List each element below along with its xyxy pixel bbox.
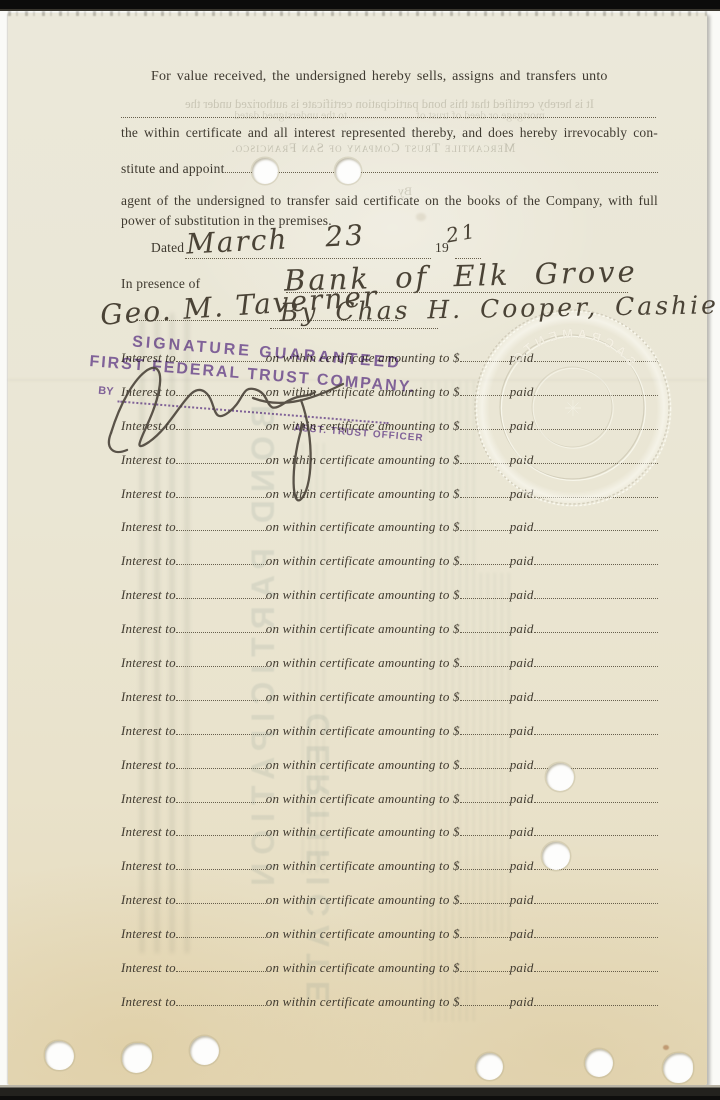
- scanner-band-bottom: [0, 1085, 720, 1100]
- faint-stain: [416, 213, 426, 221]
- punch-hole: [546, 763, 574, 791]
- interest-row: Interest toon within certificate amounti…: [121, 960, 658, 976]
- constitute-appoint-label: stitute and appoint: [121, 161, 225, 177]
- paid-date-blank: [534, 519, 658, 531]
- punch-hole: [335, 158, 361, 184]
- paid-label: paid: [510, 791, 534, 807]
- interest-row: Interest toon within certificate amounti…: [121, 757, 658, 773]
- seal-arc-text-group: SACRAMENTO ✳: [507, 326, 640, 421]
- interest-row: Interest toon within certificate amounti…: [121, 791, 658, 807]
- paid-label: paid: [510, 757, 534, 773]
- punch-hole: [252, 158, 278, 184]
- ghost-smalltext-column-2: [480, 573, 510, 933]
- paid-date-blank: [534, 553, 658, 565]
- interest-row: Interest toon within certificate amounti…: [121, 723, 658, 739]
- interest-row: Interest toon within certificate amounti…: [121, 587, 658, 603]
- paid-date-blank: [534, 689, 658, 701]
- paid-date-blank: [534, 824, 658, 836]
- ghost-smalltext-column-1: [424, 381, 476, 1021]
- assignee-name-rule: [121, 117, 656, 118]
- paid-label: paid: [510, 824, 534, 840]
- interest-row: Interest toon within certificate amounti…: [121, 994, 658, 1010]
- paid-label: paid: [510, 858, 534, 874]
- paid-date-blank: [534, 994, 658, 1006]
- interest-row: Interest toon within certificate amounti…: [121, 824, 658, 840]
- punch-hole: [45, 1041, 74, 1070]
- paid-label: paid: [510, 587, 534, 603]
- paid-label: paid: [510, 655, 534, 671]
- punch-hole: [122, 1043, 152, 1073]
- trust-officer-signature-flourish: [103, 338, 353, 508]
- paid-date-blank: [534, 791, 658, 803]
- svg-text:✳: ✳: [564, 396, 582, 421]
- assignment-para1: For value received, the undersigned here…: [151, 69, 608, 85]
- paid-date-blank: [534, 960, 658, 972]
- rust-stain: [663, 1045, 669, 1050]
- svg-text:SACRAMENTO: SACRAMENTO: [507, 326, 640, 369]
- constitute-appoint-line: stitute and appoint: [121, 161, 658, 177]
- interest-row: Interest toon within certificate amounti…: [121, 519, 658, 535]
- seal-rings: SACRAMENTO ✳: [471, 306, 675, 510]
- in-presence-of-label: In presence of: [121, 276, 200, 292]
- paid-date-blank: [534, 926, 658, 938]
- interest-to-label: Interest to: [121, 960, 176, 976]
- assignee-rule-2: [270, 328, 438, 329]
- paid-label: paid: [510, 926, 534, 942]
- paid-label: paid: [510, 723, 534, 739]
- ghost-offset-company-line: Mercantile Trust Company of San Francisc…: [158, 140, 588, 156]
- dated-label: Dated: [151, 240, 184, 256]
- seal-arc-text: SACRAMENTO: [507, 326, 640, 369]
- paid-label: paid: [510, 960, 534, 976]
- interest-row: Interest toon within certificate amounti…: [121, 655, 658, 671]
- punch-hole: [476, 1053, 503, 1080]
- handwritten-year: 21: [444, 218, 479, 247]
- paid-date-blank: [534, 587, 658, 599]
- interest-date-blank: [176, 994, 266, 1006]
- interest-row: Interest toon within certificate amounti…: [121, 926, 658, 942]
- paid-label: paid: [510, 553, 534, 569]
- assignment-para3-line1: agent of the undersigned to transfer sai…: [121, 193, 658, 209]
- interest-row: Interest toon within certificate amounti…: [121, 689, 658, 705]
- paid-date-blank: [534, 621, 658, 633]
- interest-row: Interest toon within certificate amounti…: [121, 621, 658, 637]
- appointee-blank-line: [225, 161, 658, 173]
- punch-hole: [542, 842, 570, 870]
- interest-row: Interest toon within certificate amounti…: [121, 553, 658, 569]
- paid-date-blank: [534, 723, 658, 735]
- interest-date-blank: [176, 960, 266, 972]
- punch-hole: [663, 1053, 693, 1083]
- paid-label: paid: [510, 621, 534, 637]
- paid-date-blank: [534, 655, 658, 667]
- assignment-para2-line1: the within certificate and all interest …: [121, 125, 658, 141]
- punch-hole: [585, 1049, 613, 1077]
- punch-hole: [190, 1036, 219, 1065]
- embossed-seal: SACRAMENTO ✳: [471, 306, 675, 510]
- paid-label: paid: [510, 892, 534, 908]
- paid-date-blank: [534, 892, 658, 904]
- interest-row: Interest toon within certificate amounti…: [121, 858, 658, 874]
- scanner-band-top: [0, 0, 720, 13]
- interest-row: Interest toon within certificate amounti…: [121, 892, 658, 908]
- paid-label: paid: [510, 994, 534, 1010]
- paid-label: paid: [510, 519, 534, 535]
- paid-label: paid: [510, 689, 534, 705]
- ghost-offset-line2: mortgage or deed of trust of ...........…: [121, 110, 658, 122]
- certificate-paper: It is hereby certified that this bond pa…: [8, 13, 707, 1085]
- scanned-certificate-page: { "document": { "assignment": { "para1":…: [0, 0, 720, 1100]
- interest-to-label: Interest to: [121, 994, 176, 1010]
